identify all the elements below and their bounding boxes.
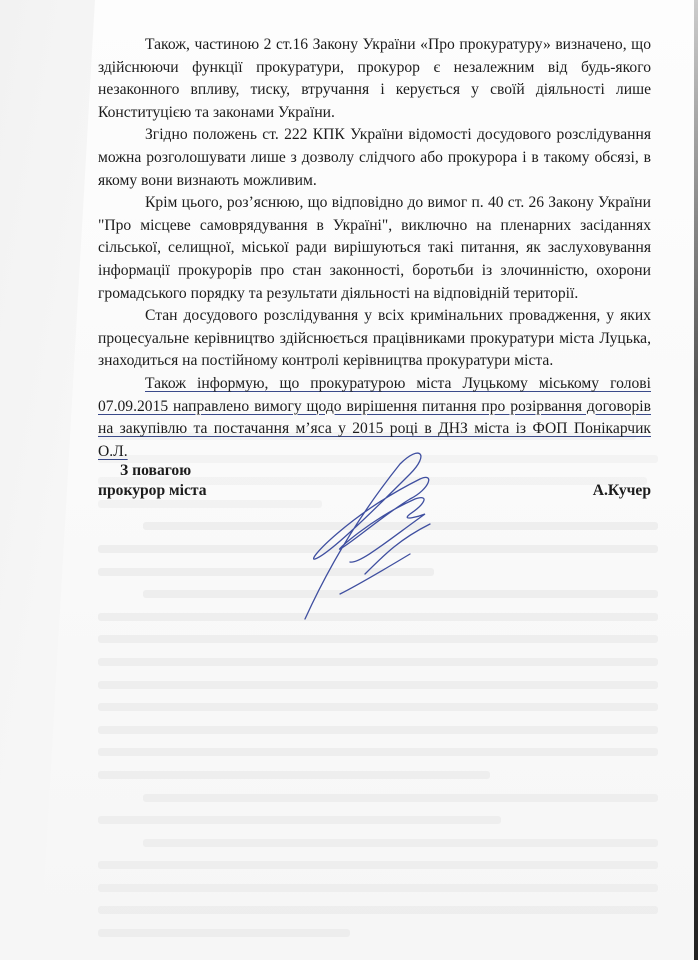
paragraph-investigation-status: Стан досудового розслідування у всіх кри… [98, 305, 651, 373]
scan-edge [694, 0, 698, 960]
paragraph-pretrial-disclosure: Згідно положень ст. 222 КПК України відо… [98, 124, 651, 192]
paragraph-prosecutor-independence: Також, частиною 2 ст.16 Закону України «… [98, 34, 651, 124]
page-fold-shadow [0, 0, 95, 960]
signature-icon [290, 444, 460, 624]
signoff-name: А.Кучер [593, 481, 651, 501]
letter-body: Також, частиною 2 ст.16 Закону України «… [98, 34, 651, 463]
paragraph-local-government-law: Крім цього, роз’яснюю, що відповідно до … [98, 192, 651, 305]
scanned-page: Також, частиною 2 ст.16 Закону України «… [0, 0, 698, 960]
